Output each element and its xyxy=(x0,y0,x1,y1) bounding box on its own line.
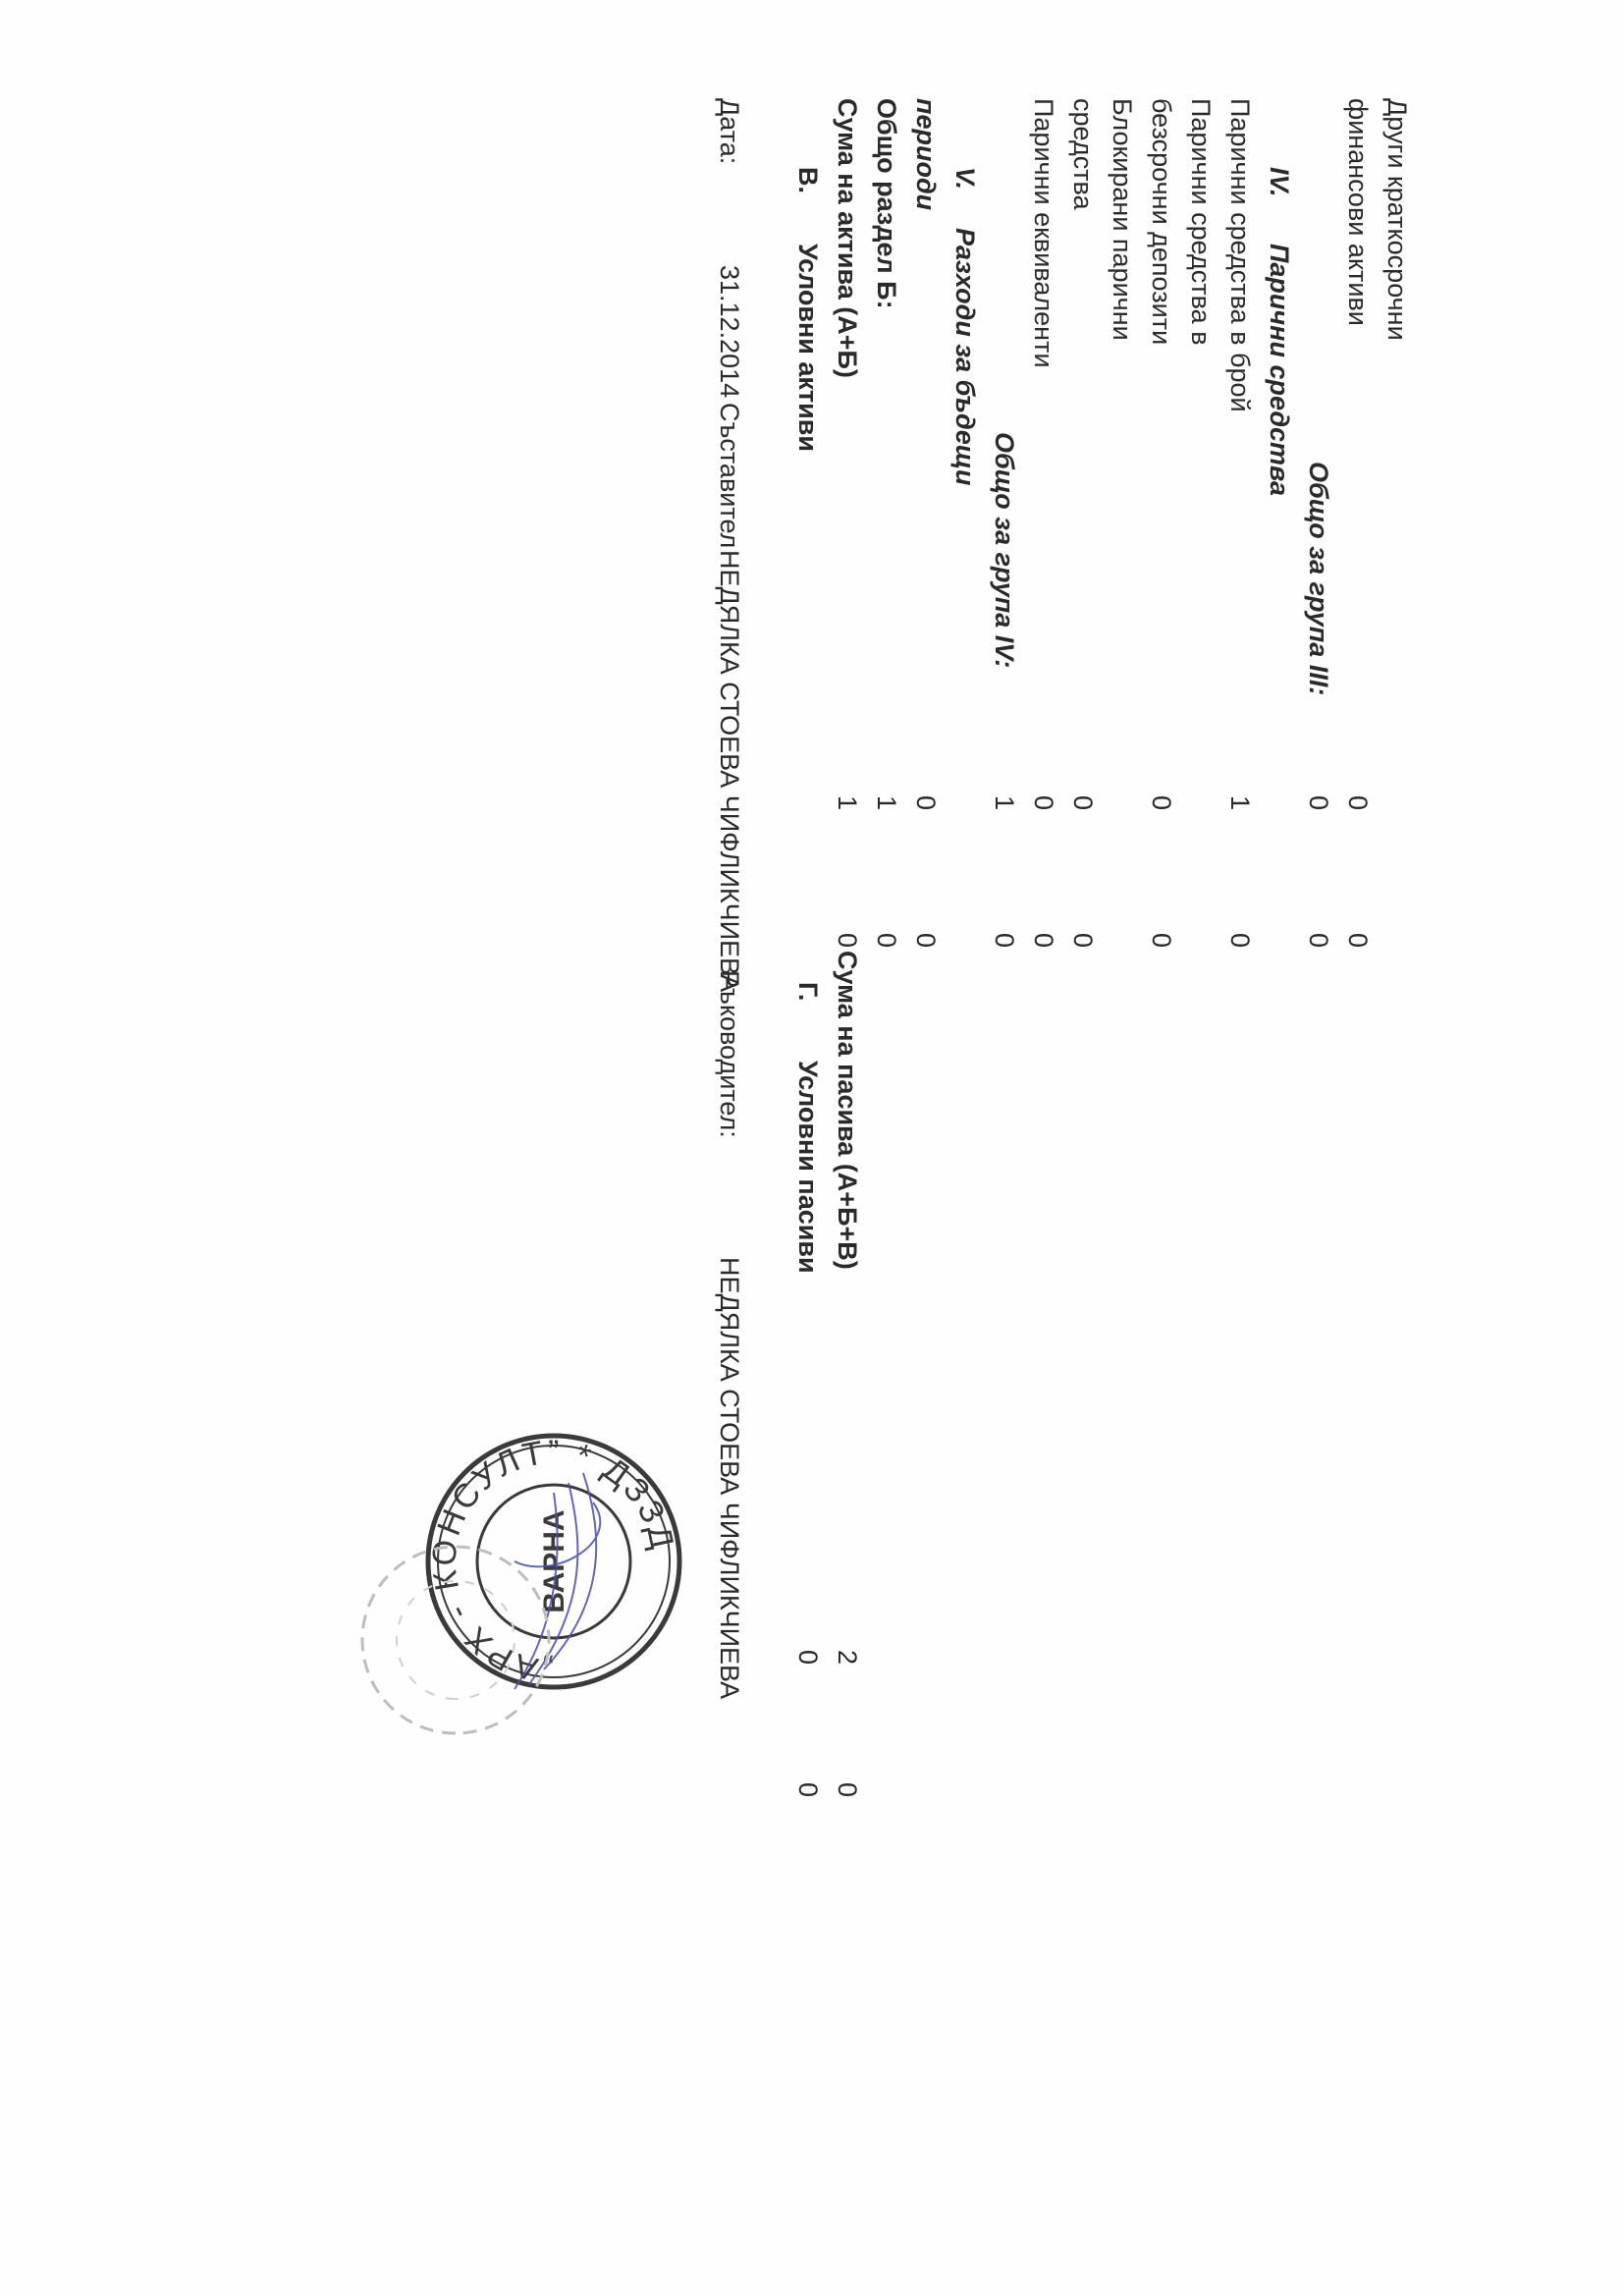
manager-label: Ръководител: xyxy=(716,970,742,1138)
document-page: Други краткосрочни финансови активи 0 0 … xyxy=(0,0,1624,2296)
row-label-other-short-term-line2: финансови активи xyxy=(1344,98,1371,326)
row-label-total-liabilities: Сума на пасива (А+Б+В) xyxy=(834,951,860,1270)
row-label-demand-deposits-line2: безсрочни депозити xyxy=(1148,98,1174,345)
value-current: 1 xyxy=(834,771,860,810)
value-current: 0 xyxy=(912,771,939,810)
row-label-contingent-liabilities: Условни пасиви xyxy=(794,1061,821,1274)
value-current: 0 xyxy=(1305,771,1331,810)
section-letter-v: В. xyxy=(794,167,821,193)
section-heading-cash: Парични средства xyxy=(1266,244,1292,496)
date-value: 31.12.2014 xyxy=(716,265,742,398)
row-label-blocked-cash-line1: Блокирани парични xyxy=(1109,98,1135,341)
value-current: 0 xyxy=(1344,771,1371,810)
row-label-cash-on-hand: Парични средства в брой xyxy=(1226,98,1253,412)
manager-name: НЕДЯЛКА СТОЕВА ЧИФЛИКЧИЕВА xyxy=(716,1257,742,1699)
value-previous: 0 xyxy=(794,1758,821,1797)
row-label-total-section-b: Общо раздел Б: xyxy=(873,98,899,309)
value-previous: 0 xyxy=(1069,908,1096,948)
value-previous: 0 xyxy=(873,908,899,948)
row-label-total-group-iii: Общо за група III: xyxy=(1305,462,1331,695)
row-label-blocked-cash-line2: средства xyxy=(1069,98,1096,210)
faint-stamp-imprint-icon xyxy=(348,1532,564,1748)
value-current: 0 xyxy=(794,1625,821,1665)
value-previous: 0 xyxy=(1305,908,1331,948)
compiler-label: Съставител xyxy=(716,403,742,548)
section-number-v: V. xyxy=(951,167,978,190)
value-previous: 0 xyxy=(1226,908,1253,948)
row-label-demand-deposits-line1: Парични средства в xyxy=(1187,98,1214,346)
value-current: 2 xyxy=(834,1625,860,1665)
value-previous: 0 xyxy=(834,908,860,948)
section-heading-deferred-expenses-line1: Разходи за бъдещи xyxy=(951,228,978,486)
section-letter-g: Г. xyxy=(794,982,821,1001)
row-label-total-assets: Сума на актива (А+Б) xyxy=(834,98,860,378)
date-label: Дата: xyxy=(716,98,742,164)
section-number-iv: IV. xyxy=(1266,167,1292,197)
value-previous: 0 xyxy=(1344,908,1371,948)
value-current: 1 xyxy=(991,771,1017,810)
value-current: 1 xyxy=(873,771,899,810)
value-previous: 0 xyxy=(991,908,1017,948)
value-previous: 0 xyxy=(912,908,939,948)
value-current: 0 xyxy=(1030,771,1056,810)
value-previous: 0 xyxy=(1148,908,1174,948)
value-previous: 0 xyxy=(834,1758,860,1797)
value-previous: 0 xyxy=(1030,908,1056,948)
compiler-name: НЕДЯЛКА СТОЕВА ЧИФЛИКЧИЕВА xyxy=(716,550,742,992)
value-current: 0 xyxy=(1148,771,1174,810)
row-label-cash-equivalents: Парични еквиваленти xyxy=(1030,98,1056,368)
row-label-other-short-term-line1: Други краткосрочни xyxy=(1383,98,1410,341)
value-current: 0 xyxy=(1069,771,1096,810)
value-current: 1 xyxy=(1226,771,1253,810)
row-label-total-group-iv: Общо за група IV: xyxy=(991,432,1017,668)
row-label-contingent-assets: Условни активи xyxy=(794,244,821,452)
section-heading-deferred-expenses-line2: периоди xyxy=(912,98,939,210)
